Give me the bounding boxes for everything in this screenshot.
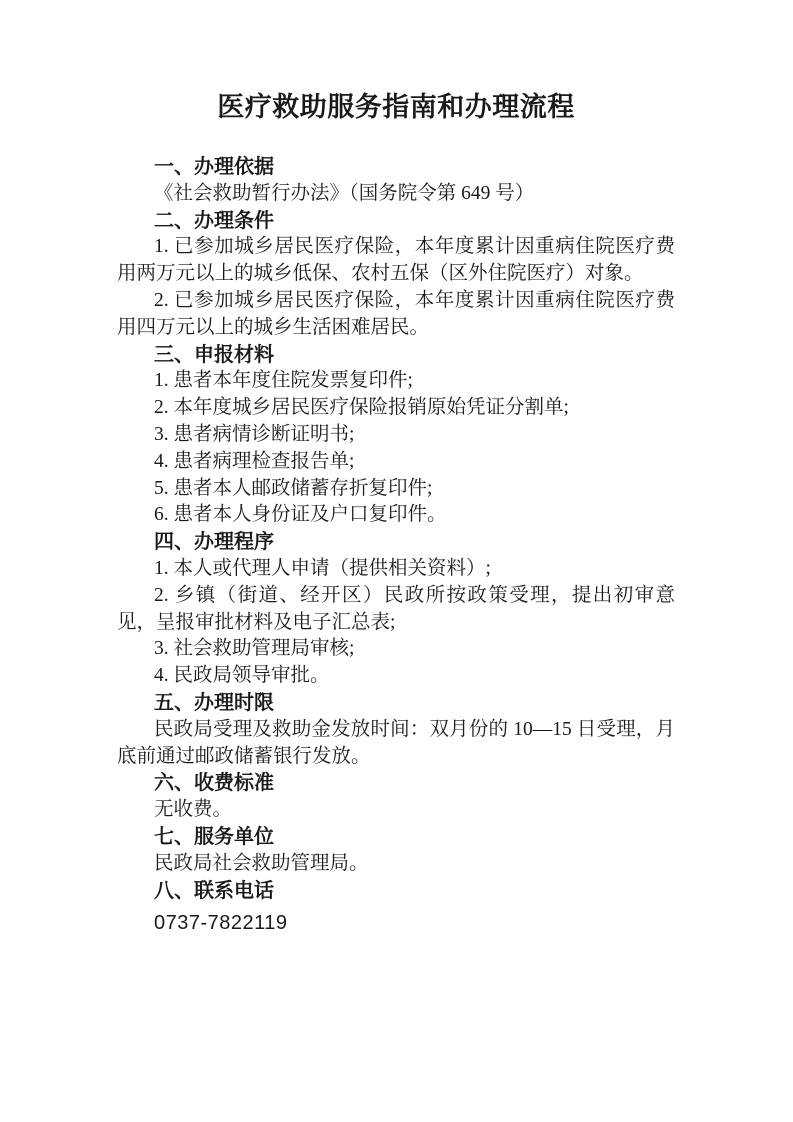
section-paragraph: 1. 本人或代理人申请（提供相关资料）; [117, 556, 675, 583]
section-paragraph: 民政局社会救助管理局。 [117, 851, 675, 878]
section-paragraph: 4. 民政局领导审批。 [117, 663, 675, 690]
section-1: 一、办理依据《社会救助暂行办法》（国务院令第 649 号） [117, 154, 675, 208]
section-paragraph: 5. 患者本人邮政储蓄存折复印件; [117, 476, 675, 503]
document-body: 一、办理依据《社会救助暂行办法》（国务院令第 649 号）二、办理条件1. 已参… [117, 154, 675, 937]
section-paragraph: 3. 社会救助管理局审核; [117, 636, 675, 663]
section-heading: 五、办理时限 [117, 690, 675, 717]
section-heading: 三、申报材料 [117, 342, 675, 369]
section-5: 五、办理时限民政局受理及救助金发放时间：双月份的 10—15 日受理，月底前通过… [117, 690, 675, 770]
section-heading: 二、办理条件 [117, 208, 675, 235]
document-title: 医疗救助服务指南和办理流程 [117, 90, 675, 124]
section-heading: 一、办理依据 [117, 154, 675, 181]
section-2: 二、办理条件1. 已参加城乡居民医疗保险，本年度累计因重病住院医疗费用两万元以上… [117, 208, 675, 342]
section-heading: 四、办理程序 [117, 529, 675, 556]
section-3: 三、申报材料1. 患者本年度住院发票复印件;2. 本年度城乡居民医疗保险报销原始… [117, 342, 675, 530]
document-page: 医疗救助服务指南和办理流程 一、办理依据《社会救助暂行办法》（国务院令第 649… [0, 0, 793, 1122]
section-paragraph: 《社会救助暂行办法》（国务院令第 649 号） [117, 181, 675, 208]
section-paragraph: 3. 患者病情诊断证明书; [117, 422, 675, 449]
section-paragraph: 2. 乡镇（街道、经开区）民政所按政策受理，提出初审意见，呈报审批材料及电子汇总… [117, 583, 675, 637]
section-paragraph: 4. 患者病理检查报告单; [117, 449, 675, 476]
section-4: 四、办理程序1. 本人或代理人申请（提供相关资料）;2. 乡镇（街道、经开区）民… [117, 529, 675, 690]
section-paragraph: 2. 已参加城乡居民医疗保险，本年度累计因重病住院医疗费用四万元以上的城乡生活困… [117, 288, 675, 342]
section-7: 七、服务单位民政局社会救助管理局。 [117, 824, 675, 878]
section-paragraph: 6. 患者本人身份证及户口复印件。 [117, 502, 675, 529]
section-8: 八、联系电话0737-7822119 [117, 878, 675, 938]
section-paragraph: 民政局受理及救助金发放时间：双月份的 10—15 日受理，月底前通过邮政储蓄银行… [117, 717, 675, 771]
section-paragraph: 1. 患者本年度住院发票复印件; [117, 368, 675, 395]
section-paragraph: 无收费。 [117, 797, 675, 824]
section-paragraph: 0737-7822119 [117, 910, 675, 937]
section-heading: 七、服务单位 [117, 824, 675, 851]
section-heading: 八、联系电话 [117, 878, 675, 905]
section-heading: 六、收费标准 [117, 770, 675, 797]
section-paragraph: 2. 本年度城乡居民医疗保险报销原始凭证分割单; [117, 395, 675, 422]
section-6: 六、收费标准无收费。 [117, 770, 675, 824]
section-paragraph: 1. 已参加城乡居民医疗保险，本年度累计因重病住院医疗费用两万元以上的城乡低保、… [117, 234, 675, 288]
